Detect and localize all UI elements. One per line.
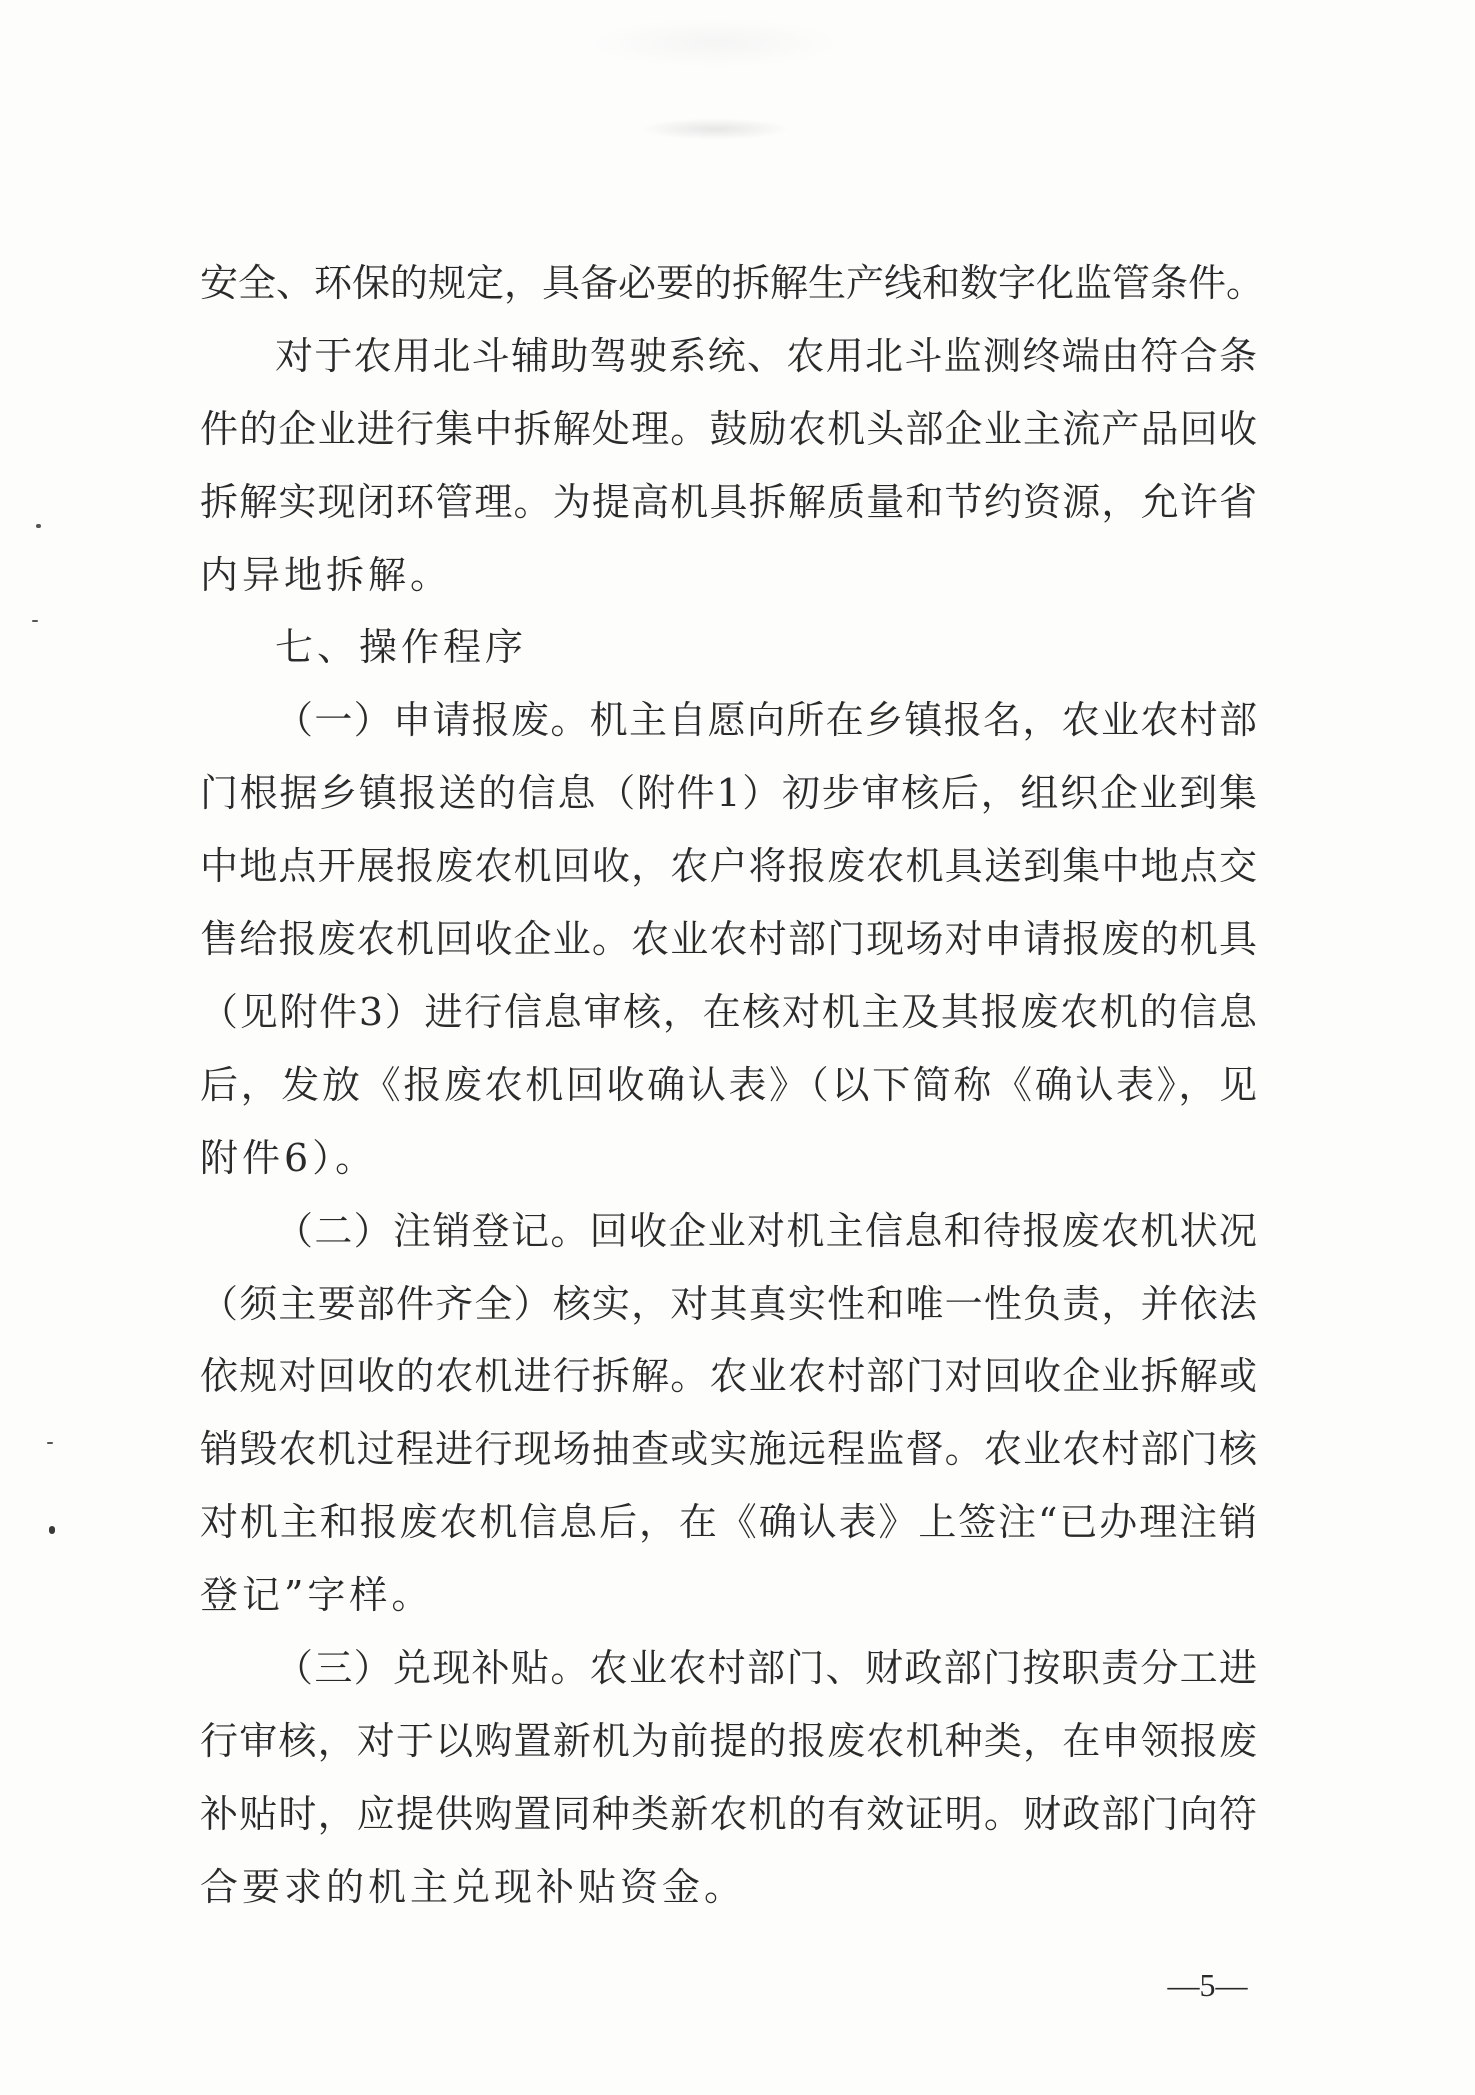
scan-speck <box>32 620 38 622</box>
scan-speck <box>49 1526 55 1534</box>
scan-bleed-through <box>590 18 840 68</box>
text-line: 对于农用北斗辅助驾驶系统、农用北斗监测终端由符合条 <box>275 336 1257 376</box>
text-line: 售给报废农机回收企业。农业农村部门现场对申请报废的机具 <box>200 919 1257 959</box>
page-number: —5— <box>1150 1968 1265 2002</box>
scan-speck <box>47 1442 53 1444</box>
text-line: 件的企业进行集中拆解处理。鼓励农机头部企业主流产品回收 <box>200 409 1257 449</box>
text-line: 中地点开展报废农机回收，农户将报废农机具送到集中地点交 <box>200 846 1257 886</box>
text-line: （三）兑现补贴。农业农村部门、财政部门按职责分工进 <box>275 1648 1257 1688</box>
scan-speck <box>36 524 41 528</box>
text-line: （一）申请报废。机主自愿向所在乡镇报名，农业农村部 <box>275 700 1257 740</box>
text-line: （见附件3）进行信息审核，在核对机主及其报废农机的信息 <box>200 992 1257 1032</box>
text-line: 内异地拆解。 <box>200 555 1257 595</box>
text-line: 合要求的机主兑现补贴资金。 <box>200 1867 1257 1907</box>
text-line: 对机主和报废农机信息后，在《确认表》上签注“已办理注销 <box>200 1502 1257 1542</box>
text-line: 附件6）。 <box>200 1138 1257 1178</box>
text-line: 拆解实现闭环管理。为提高机具拆解质量和节约资源，允许省 <box>200 482 1257 522</box>
text-line: （二）注销登记。回收企业对机主信息和待报废农机状况 <box>275 1211 1257 1251</box>
document-page: 安全、环保的规定，具备必要的拆解生产线和数字化监管条件。对于农用北斗辅助驾驶系统… <box>0 0 1475 2095</box>
text-line: 销毁农机过程进行现场抽查或实施远程监督。农业农村部门核 <box>200 1429 1257 1469</box>
text-line: 登记”字样。 <box>200 1575 1257 1615</box>
section-heading: 七、操作程序 <box>275 627 1257 667</box>
text-line: 补贴时，应提供购置同种类新农机的有效证明。财政部门向符 <box>200 1794 1257 1834</box>
text-line: （须主要部件齐全）核实，对其真实性和唯一性负责，并依法 <box>200 1284 1257 1324</box>
text-line: 依规对回收的农机进行拆解。农业农村部门对回收企业拆解或 <box>200 1356 1257 1396</box>
text-line: 后，发放《报废农机回收确认表》（以下简称《确认表》，见 <box>200 1065 1257 1105</box>
scan-bleed-through-header <box>640 118 790 140</box>
text-line: 行审核，对于以购置新机为前提的报废农机种类，在申领报废 <box>200 1721 1257 1761</box>
text-line: 门根据乡镇报送的信息（附件1）初步审核后，组织企业到集 <box>200 773 1257 813</box>
text-line: 安全、环保的规定，具备必要的拆解生产线和数字化监管条件。 <box>200 263 1257 303</box>
